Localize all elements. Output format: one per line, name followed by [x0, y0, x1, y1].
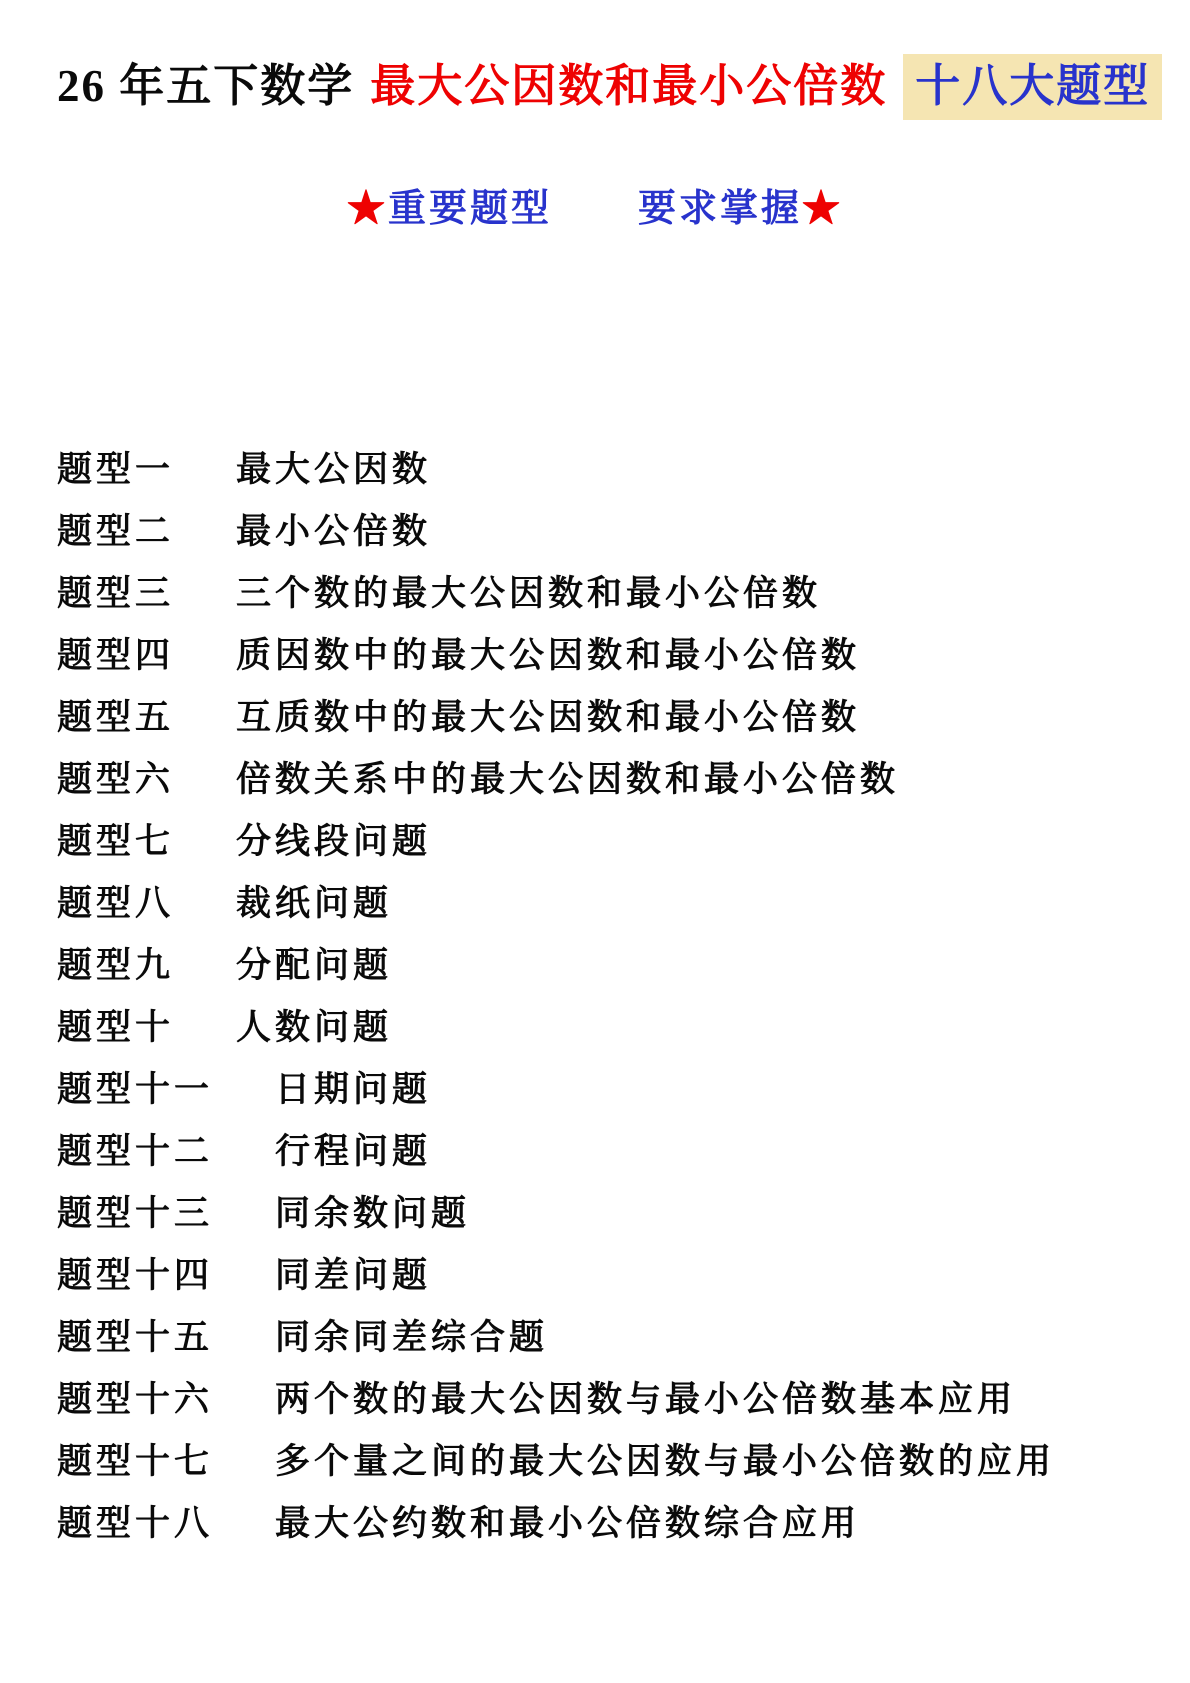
toc-item-number: 题型一: [57, 442, 174, 492]
toc-row: 题型九 分配问题: [57, 932, 1160, 994]
toc-item-title: 两个数的最大公因数与最小公倍数基本应用: [275, 1372, 1016, 1422]
toc-item-title: 行程问题: [275, 1124, 431, 1174]
star-icon: ★: [347, 188, 388, 230]
toc-row: 题型十三 同余数问题: [57, 1180, 1160, 1242]
toc-row: 题型六 倍数关系中的最大公因数和最小公倍数: [57, 746, 1160, 808]
toc-item-number: 题型五: [57, 690, 174, 740]
toc-row: 题型十八 最大公约数和最小公倍数综合应用: [57, 1490, 1160, 1552]
toc-item-number: 题型四: [57, 628, 174, 678]
toc-item-number: 题型十二: [57, 1124, 213, 1174]
toc-item-title: 最小公倍数: [236, 504, 431, 554]
toc-item-number: 题型二: [57, 504, 174, 554]
toc-item-number: 题型九: [57, 938, 174, 988]
toc-item-title: 分线段问题: [236, 814, 431, 864]
title-topic-label: 最大公因数和最小公倍数: [370, 61, 887, 111]
toc-item-title: 多个量之间的最大公因数与最小公倍数的应用: [275, 1434, 1055, 1484]
title-course-label: 26 年五下数学: [57, 61, 354, 111]
toc-item-title: 日期问题: [275, 1062, 431, 1112]
toc-row: 题型七 分线段问题: [57, 808, 1160, 870]
subtitle-left-text: 重要题型: [388, 188, 552, 230]
toc-row: 题型十七 多个量之间的最大公因数与最小公倍数的应用: [57, 1428, 1160, 1490]
title-highlight-badge: 十八大题型: [903, 54, 1162, 120]
toc-item-number: 题型十一: [57, 1062, 213, 1112]
toc-item-number: 题型十六: [57, 1372, 213, 1422]
toc-item-number: 题型十三: [57, 1186, 213, 1236]
toc-list: 题型一 最大公因数 题型二 最小公倍数 题型三 三个数的最大公因数和最小公倍数 …: [57, 436, 1160, 1552]
page-title: 26 年五下数学最大公因数和最小公倍数十八大题型: [57, 56, 1162, 116]
toc-row: 题型三 三个数的最大公因数和最小公倍数: [57, 560, 1160, 622]
toc-item-number: 题型十五: [57, 1310, 213, 1360]
toc-item-title: 同余同差综合题: [275, 1310, 548, 1360]
toc-item-number: 题型十: [57, 1000, 174, 1050]
toc-row: 题型十四 同差问题: [57, 1242, 1160, 1304]
document-page: 26 年五下数学最大公因数和最小公倍数十八大题型 ★重要题型要求掌握★ 题型一 …: [0, 0, 1190, 1683]
toc-item-title: 同差问题: [275, 1248, 431, 1298]
star-icon: ★: [802, 188, 843, 230]
toc-item-title: 倍数关系中的最大公因数和最小公倍数: [236, 752, 899, 802]
toc-item-number: 题型六: [57, 752, 174, 802]
toc-item-title: 分配问题: [236, 938, 392, 988]
toc-item-title: 最大公约数和最小公倍数综合应用: [275, 1496, 860, 1546]
toc-row: 题型十五 同余同差综合题: [57, 1304, 1160, 1366]
toc-item-title: 人数问题: [236, 1000, 392, 1050]
toc-row: 题型五 互质数中的最大公因数和最小公倍数: [57, 684, 1160, 746]
toc-item-number: 题型八: [57, 876, 174, 926]
toc-row: 题型十二 行程问题: [57, 1118, 1160, 1180]
toc-row: 题型十 人数问题: [57, 994, 1160, 1056]
toc-item-title: 互质数中的最大公因数和最小公倍数: [236, 690, 860, 740]
toc-item-title: 裁纸问题: [236, 876, 392, 926]
toc-item-number: 题型七: [57, 814, 174, 864]
toc-row: 题型二 最小公倍数: [57, 498, 1160, 560]
toc-row: 题型十一 日期问题: [57, 1056, 1160, 1118]
toc-item-title: 三个数的最大公因数和最小公倍数: [236, 566, 821, 616]
toc-row: 题型八 裁纸问题: [57, 870, 1160, 932]
toc-item-number: 题型十七: [57, 1434, 213, 1484]
toc-item-number: 题型十八: [57, 1496, 213, 1546]
toc-row: 题型十六 两个数的最大公因数与最小公倍数基本应用: [57, 1366, 1160, 1428]
toc-item-title: 质因数中的最大公因数和最小公倍数: [236, 628, 860, 678]
subtitle: ★重要题型要求掌握★: [0, 186, 1190, 232]
toc-item-number: 题型三: [57, 566, 174, 616]
subtitle-right-text: 要求掌握: [638, 188, 802, 230]
toc-item-title: 最大公因数: [236, 442, 431, 492]
toc-item-title: 同余数问题: [275, 1186, 470, 1236]
toc-row: 题型四 质因数中的最大公因数和最小公倍数: [57, 622, 1160, 684]
toc-item-number: 题型十四: [57, 1248, 213, 1298]
toc-row: 题型一 最大公因数: [57, 436, 1160, 498]
